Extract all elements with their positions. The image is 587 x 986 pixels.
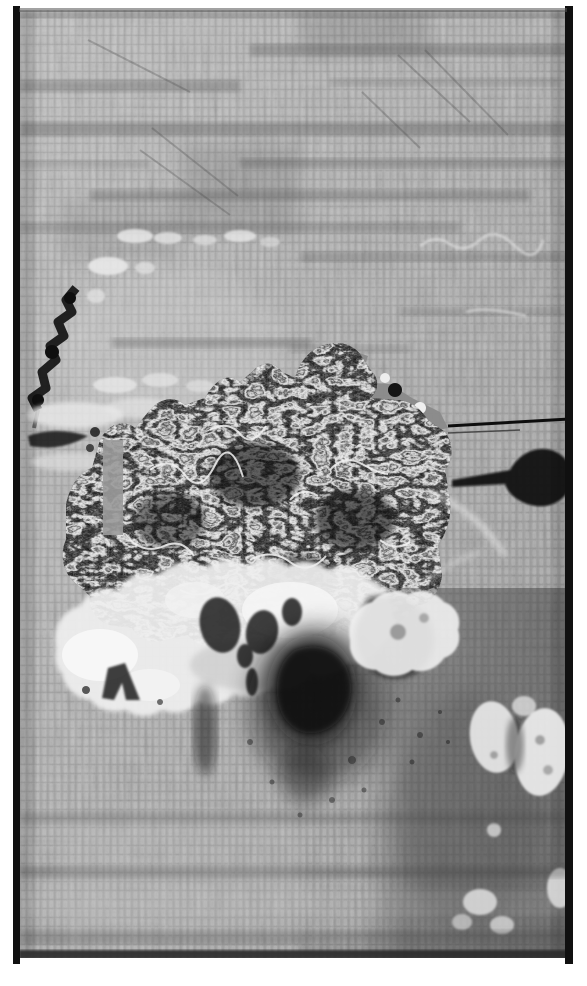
artwork-photo [0,0,587,986]
artwork-image [0,0,587,986]
frame-right-line [565,6,573,964]
frame-top-line [19,8,567,12]
frame-left-line [13,6,20,964]
